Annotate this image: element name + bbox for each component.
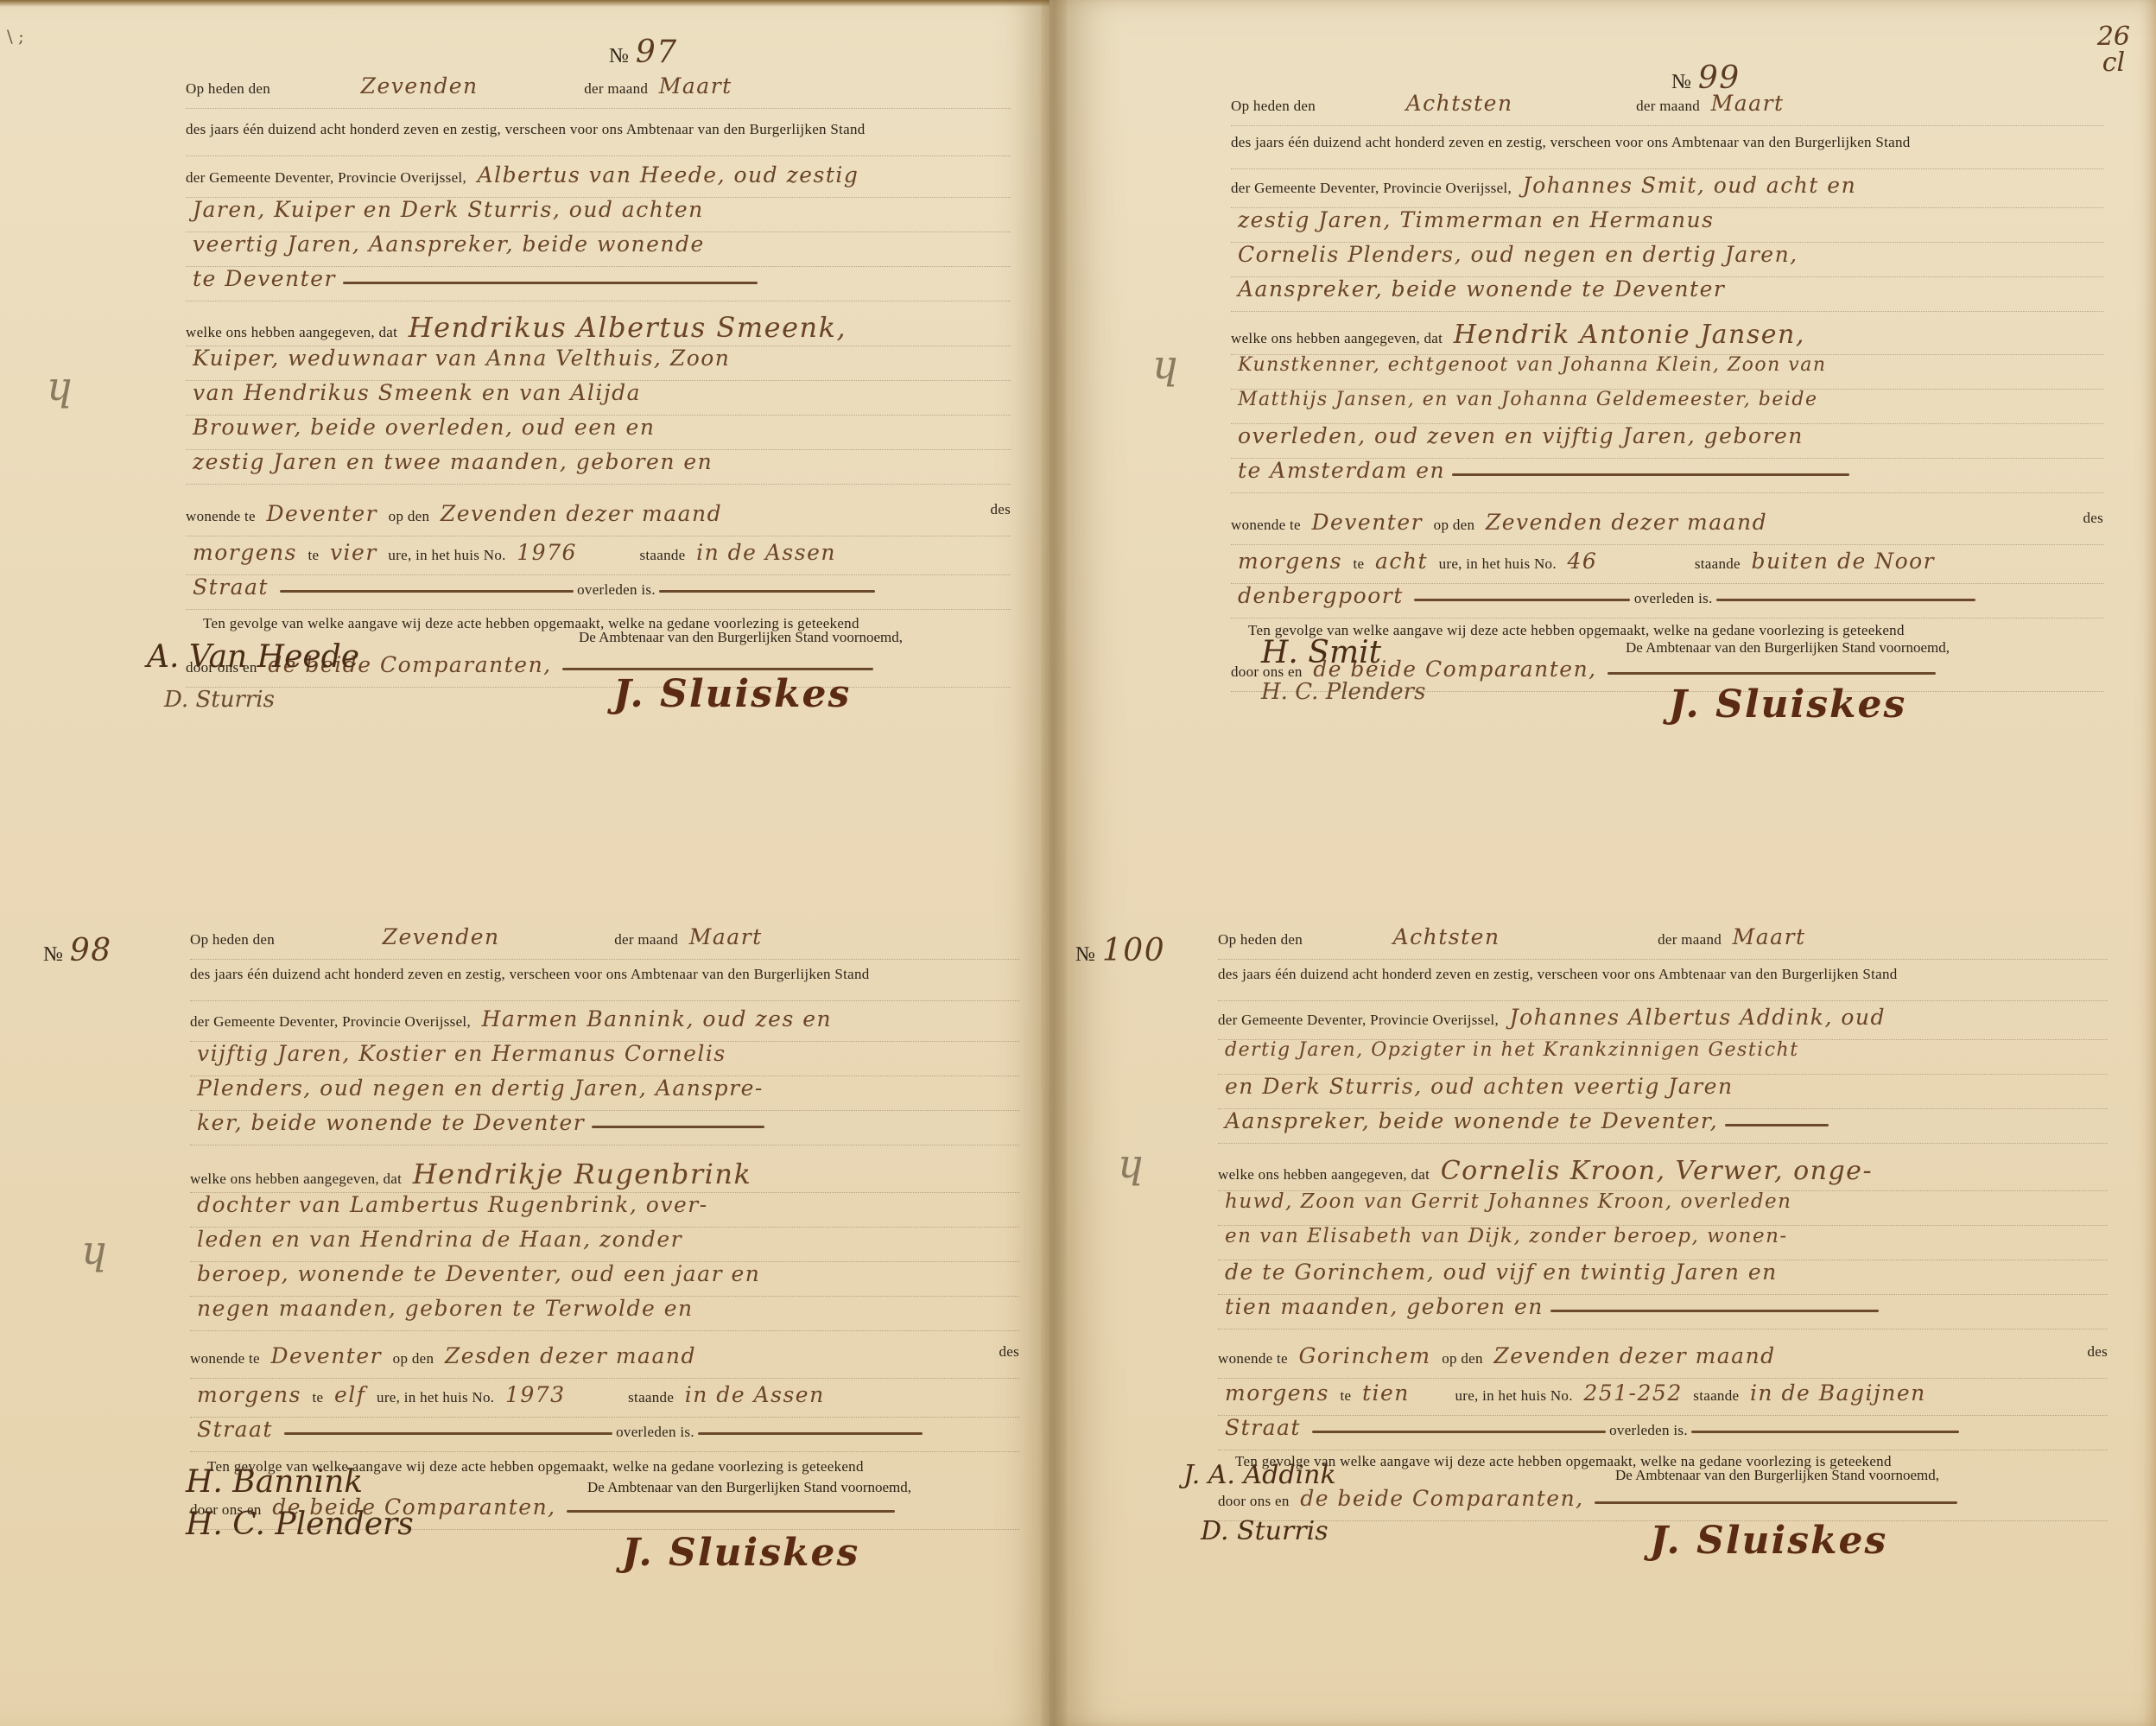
deceased-line: beroep, wonende te Deventer, oud een jaa… (190, 1261, 1019, 1297)
comparant-text: Jaren, Kuiper en Derk Sturris, oud achte… (193, 197, 704, 222)
fill-rule (280, 590, 574, 593)
official-block-98: De Ambtenaar van den Burgerlijken Stand … (587, 1479, 911, 1575)
residence-value: Gorinchem (1298, 1343, 1430, 1368)
house-number: 46 (1567, 549, 1597, 574)
time-of-day: morgens (197, 1382, 301, 1407)
deceased-line: Matthijs Jansen, en van Johanna Geldemee… (1231, 389, 2103, 424)
label-des-jaars: des jaars één duizend acht honderd zeven… (186, 121, 866, 137)
street-value: in de Assen (696, 540, 836, 565)
comparant-line: Aanspreker, beide wonende te Deventer (1231, 276, 2103, 312)
fill-rule (284, 1432, 612, 1435)
comparant-text: dertig Jaren, Opzigter in het Krankzinni… (1225, 1039, 1799, 1061)
comparant-text: Cornelis Plenders, oud negen en dertig J… (1238, 242, 1798, 267)
fill-rule (1725, 1124, 1829, 1126)
month-value: Maart (1733, 924, 1806, 949)
label-des-jaars: des jaars één duizend acht honderd zeven… (1231, 134, 1911, 150)
hour-value: acht (1375, 549, 1428, 574)
death-day-value: Zevenden dezer maand (1493, 1343, 1775, 1368)
label-des: des (2087, 1343, 2108, 1361)
line-wonende: wonende te Deventer op den Zevenden deze… (1231, 510, 2103, 545)
comparant-text: Aanspreker, beide wonende te Deventer, (1225, 1108, 1718, 1133)
deceased-line: zestig Jaren en twee maanden, geboren en (186, 449, 1011, 485)
witness-signatures-98: H. Bannink H. C. Plenders (186, 1464, 414, 1542)
left-page: \ ; №97 Op heden den Zevenden der maand … (0, 0, 1049, 1726)
deceased-text: zestig Jaren en twee maanden, geboren en (193, 449, 713, 474)
deceased-line: tien maanden, geboren en (1218, 1294, 2108, 1329)
act-number: №100 (1075, 933, 1172, 968)
street-value: in de Assen (685, 1382, 825, 1407)
line-overleden: Straat overleden is. (190, 1417, 1019, 1452)
comparant-text: zestig Jaren, Timmerman en Hermanus (1238, 207, 1714, 232)
margin-mark: ɥ (1119, 1140, 1145, 1187)
line-wonende: wonende te Deventer op den Zevenden deze… (186, 501, 1011, 536)
label-op-heden: Op heden den (1231, 98, 1316, 114)
street-continued: Straat (197, 1417, 273, 1442)
number-prefix: № (609, 45, 629, 67)
label-wonende: wonende te (186, 508, 256, 524)
label-gemeente: der Gemeente Deventer, Provincie Overijs… (190, 1013, 471, 1030)
death-day-value: Zevenden dezer maand (441, 501, 722, 526)
witness-signatures-97: A. Van Heede D. Sturris (147, 639, 359, 713)
witness-signature: D. Sturris (1201, 1516, 1336, 1546)
label-staande: staande (1693, 1387, 1739, 1404)
label-te: te (313, 1389, 324, 1406)
deceased-text: Kunstkenner, echtgenoot van Johanna Klei… (1238, 354, 1827, 376)
label-te: te (1354, 555, 1365, 572)
label-op-den: op den (389, 508, 430, 524)
number-prefix: № (43, 943, 63, 966)
day-value: Zevenden (361, 73, 479, 98)
line-gemeente: der Gemeente Deventer, Provincie Overijs… (190, 1006, 1019, 1042)
comparant-line: Plenders, oud negen en dertig Jaren, Aan… (190, 1076, 1019, 1111)
label-ure-huis: ure, in het huis No. (388, 547, 505, 563)
label-des-jaars: des jaars één duizend acht honderd zeven… (1218, 966, 1898, 982)
comparant-line: Cornelis Plenders, oud negen en dertig J… (1231, 242, 2103, 277)
act-number: №98 (43, 933, 119, 968)
label-overleden: overleden is. (1609, 1422, 1688, 1438)
official-block-100: De Ambtenaar van den Burgerlijken Stand … (1615, 1467, 1939, 1563)
comparant-text: vijftig Jaren, Kostier en Hermanus Corne… (197, 1041, 726, 1066)
label-overleden: overleden is. (577, 581, 656, 598)
comparant-line: Harmen Bannink, oud zes en (482, 1006, 833, 1031)
page-top-edge (0, 0, 1049, 7)
label-der-maand: der maand (1636, 98, 1700, 114)
label-der-maand: der maand (614, 931, 678, 948)
label-welke: welke ons hebben aangegeven, dat (1218, 1166, 1430, 1183)
residence-value: Deventer (266, 501, 377, 526)
folio-value: 26 (2097, 24, 2130, 50)
line-welke: welke ons hebben aangegeven, dat Hendrik… (186, 311, 1011, 346)
line-year: des jaars één duizend acht honderd zeven… (190, 966, 1019, 1001)
comparant-text: Aanspreker, beide wonende te Deventer (1238, 276, 1725, 301)
time-of-day: morgens (1225, 1380, 1329, 1406)
label-wonende: wonende te (1218, 1350, 1288, 1367)
deceased-line: negen maanden, geboren te Terwolde en (190, 1296, 1019, 1331)
deceased-text: en van Elisabeth van Dijk, zonder beroep… (1225, 1225, 1788, 1247)
hour-value: tien (1362, 1380, 1410, 1406)
act-number-value: 98 (70, 933, 112, 968)
deceased-text: tien maanden, geboren en (1225, 1294, 1544, 1319)
deceased-text: te Amsterdam en (1238, 458, 1445, 483)
comparant-line: veertig Jaren, Aanspreker, beide wonende (186, 232, 1011, 267)
house-number: 1976 (517, 540, 577, 565)
line-time: morgens te elf ure, in het huis No. 1973… (190, 1382, 1019, 1418)
line-date: Op heden den Zevenden der maand Maart (186, 73, 1011, 109)
deceased-line: Brouwer, beide overleden, oud een en (186, 415, 1011, 450)
label-gemeente: der Gemeente Deventer, Provincie Overijs… (1218, 1012, 1499, 1028)
fill-rule (1414, 599, 1630, 601)
label-op-den: op den (1434, 517, 1475, 533)
street-value: buiten de Noor (1751, 549, 1935, 574)
deceased-line: en van Elisabeth van Dijk, zonder beroep… (1218, 1225, 2108, 1260)
right-page: 26 cl №99 Op heden den Achtsten der maan… (1049, 0, 2156, 1726)
street-continued: Straat (1225, 1415, 1301, 1440)
month-value: Maart (659, 73, 732, 98)
line-time: morgens te acht ure, in het huis No. 46 … (1231, 549, 2103, 584)
day-value: Zevenden (383, 924, 500, 949)
comparant-line: en Derk Sturris, oud achten veertig Jare… (1218, 1074, 2108, 1109)
month-value: Maart (689, 924, 763, 949)
deceased-text: Brouwer, beide overleden, oud een en (193, 415, 655, 440)
label-wonende: wonende te (1231, 517, 1301, 533)
label-gemeente: der Gemeente Deventer, Provincie Overijs… (186, 169, 466, 186)
comparant-line: ker, beide wonende te Deventer (190, 1110, 1019, 1145)
comparant-text: ker, beide wonende te Deventer (197, 1110, 585, 1135)
fill-rule (698, 1432, 923, 1435)
deceased-line: de te Gorinchem, oud vijf en twintig Jar… (1218, 1260, 2108, 1295)
label-op-heden: Op heden den (1218, 931, 1303, 948)
official-block-99: De Ambtenaar van den Burgerlijken Stand … (1626, 639, 1950, 727)
label-te: te (1341, 1387, 1352, 1404)
line-overleden: Straat overleden is. (186, 574, 1011, 610)
open-register-book: \ ; №97 Op heden den Zevenden der maand … (0, 0, 2156, 1726)
deceased-name: Hendrikus Albertus Smeenk, (409, 311, 847, 344)
label-ure-huis: ure, in het huis No. (377, 1389, 494, 1406)
witness-signature: H. Bannink (186, 1464, 414, 1500)
official-block-97: De Ambtenaar van den Burgerlijken Stand … (579, 629, 903, 716)
line-gemeente: der Gemeente Deventer, Provincie Overijs… (1218, 1005, 2108, 1040)
deceased-text: dochter van Lambertus Rugenbrink, over- (197, 1192, 708, 1217)
line-date: Op heden den Achtsten der maand Maart (1231, 91, 2103, 126)
margin-mark: ɥ (82, 1227, 108, 1273)
street-continued: Straat (193, 574, 269, 600)
folio-number: 26 cl (2097, 24, 2130, 76)
fill-rule (1550, 1310, 1879, 1312)
label-des: des (999, 1343, 1019, 1361)
deceased-name: Hendrik Antonie Jansen, (1454, 320, 1805, 350)
comparant-line: zestig Jaren, Timmerman en Hermanus (1231, 207, 2103, 243)
number-prefix: № (1075, 943, 1095, 966)
line-date: Op heden den Zevenden der maand Maart (190, 924, 1019, 960)
fill-rule (592, 1126, 764, 1128)
fill-rule (659, 590, 875, 593)
label-op-heden: Op heden den (190, 931, 275, 948)
label-welke: welke ons hebben aangegeven, dat (1231, 330, 1443, 346)
margin-mark: ɥ (48, 363, 73, 409)
day-value: Achtsten (1406, 91, 1513, 116)
label-op-den: op den (1442, 1350, 1483, 1367)
deceased-text: van Hendrikus Smeenk en van Alijda (193, 380, 641, 405)
house-number: 1973 (505, 1382, 566, 1407)
hour-value: elf (334, 1382, 366, 1407)
witness-signature: A. Van Heede (147, 639, 359, 675)
official-signature: J. Sluiskes (1669, 682, 1950, 727)
deceased-line: te Amsterdam en (1231, 458, 2103, 493)
line-date: Op heden den Achtsten der maand Maart (1218, 924, 2108, 960)
line-year: des jaars één duizend acht honderd zeven… (186, 121, 1011, 156)
label-wonende: wonende te (190, 1350, 260, 1367)
deceased-text: Kuiper, weduwnaar van Anna Velthuis, Zoo… (193, 346, 730, 371)
witness-signature: H. C. Plenders (1261, 679, 1425, 705)
time-of-day: morgens (193, 540, 297, 565)
comparant-line: Aanspreker, beide wonende te Deventer, (1218, 1108, 2108, 1144)
witness-signatures-100: J. A. Addink D. Sturris (1183, 1460, 1336, 1546)
margin-mark: ɥ (1153, 341, 1179, 388)
comparant-text: veertig Jaren, Aanspreker, beide wonende (193, 232, 705, 257)
official-signature: J. Sluiskes (622, 1531, 911, 1575)
deceased-text: huwd, Zoon van Gerrit Johannes Kroon, ov… (1225, 1190, 1791, 1213)
comparant-text: te Deventer (193, 266, 336, 291)
fill-rule (1716, 599, 1975, 601)
month-value: Maart (1711, 91, 1785, 116)
deceased-line: leden en van Hendrina de Haan, zonder (190, 1227, 1019, 1262)
label-des: des (2083, 510, 2103, 527)
line-overleden: denbergpoort overleden is. (1231, 583, 2103, 619)
witness-signature: D. Sturris (164, 687, 359, 713)
deceased-text: leden en van Hendrina de Haan, zonder (197, 1227, 682, 1252)
hour-value: vier (330, 540, 377, 565)
house-number: 251-252 (1583, 1380, 1682, 1406)
residence-value: Deventer (270, 1343, 382, 1368)
line-welke: welke ons hebben aangegeven, dat Corneli… (1218, 1156, 2108, 1191)
official-label: De Ambtenaar van den Burgerlijken Stand … (579, 629, 903, 646)
fill-rule (343, 282, 758, 284)
line-time: morgens te vier ure, in het huis No. 197… (186, 540, 1011, 575)
deceased-text: negen maanden, geboren te Terwolde en (197, 1296, 694, 1321)
official-label: De Ambtenaar van den Burgerlijken Stand … (1615, 1467, 1939, 1484)
label-des: des (990, 501, 1011, 518)
witness-signature: J. A. Addink (1183, 1460, 1336, 1490)
act-number-value: 100 (1102, 933, 1165, 968)
label-overleden: overleden is. (1634, 590, 1713, 606)
label-welke: welke ons hebben aangegeven, dat (186, 324, 397, 340)
label-der-maand: der maand (584, 80, 648, 97)
label-ure-huis: ure, in het huis No. (1439, 555, 1557, 572)
label-gemeente: der Gemeente Deventer, Provincie Overijs… (1231, 180, 1512, 196)
line-gemeente: der Gemeente Deventer, Provincie Overijs… (186, 162, 1011, 198)
comparant-text: en Derk Sturris, oud achten veertig Jare… (1225, 1074, 1734, 1099)
death-day-value: Zesden dezer maand (445, 1343, 696, 1368)
line-welke: welke ons hebben aangegeven, dat Hendrik… (1231, 320, 2103, 355)
signed-by: de beide Comparanten, (1300, 1486, 1583, 1511)
official-label: De Ambtenaar van den Burgerlijken Stand … (587, 1479, 911, 1496)
label-staande: staande (628, 1389, 674, 1406)
deceased-line: overleden, oud zeven en vijftig Jaren, g… (1231, 423, 2103, 459)
deceased-line: huwd, Zoon van Gerrit Johannes Kroon, ov… (1218, 1190, 2108, 1226)
deceased-name: Hendrikje Rugenbrink (413, 1158, 752, 1190)
line-gemeente: der Gemeente Deventer, Provincie Overijs… (1231, 173, 2103, 208)
deceased-text: Matthijs Jansen, en van Johanna Geldemee… (1238, 389, 1818, 410)
official-signature: J. Sluiskes (1650, 1519, 1939, 1563)
time-of-day: morgens (1238, 549, 1342, 574)
street-continued: denbergpoort (1238, 583, 1404, 608)
label-staande: staande (639, 547, 685, 563)
label-overleden: overleden is. (616, 1424, 694, 1440)
line-year: des jaars één duizend acht honderd zeven… (1231, 134, 2103, 169)
corner-mark: \ ; (7, 26, 24, 47)
deceased-text: de te Gorinchem, oud vijf en twintig Jar… (1225, 1260, 1778, 1285)
comparant-text: Plenders, oud negen en dertig Jaren, Aan… (197, 1076, 764, 1101)
fill-rule (1691, 1431, 1959, 1433)
comparant-line: Johannes Smit, oud acht en (1523, 173, 1857, 198)
act-number: №97 (609, 35, 685, 70)
line-wonende: wonende te Gorinchem op den Zevenden dez… (1218, 1343, 2108, 1379)
comparant-line: Albertus van Heede, oud zestig (478, 162, 859, 187)
comparant-line: te Deventer (186, 266, 1011, 301)
official-signature: J. Sluiskes (613, 672, 903, 716)
line-wonende: wonende te Deventer op den Zesden dezer … (190, 1343, 1019, 1379)
act-number-value: 97 (636, 35, 678, 70)
label-der-maand: der maand (1658, 931, 1722, 948)
deceased-line: van Hendrikus Smeenk en van Alijda (186, 380, 1011, 416)
label-welke: welke ons hebben aangegeven, dat (190, 1171, 402, 1187)
label-te: te (308, 547, 320, 563)
witness-signatures-99: H. Smit H. C. Plenders (1261, 635, 1425, 705)
witness-signature: H. C. Plenders (186, 1507, 414, 1542)
book-gutter (1041, 0, 1067, 1726)
label-ure-huis: ure, in het huis No. (1455, 1387, 1572, 1404)
line-year: des jaars één duizend acht honderd zeven… (1218, 966, 2108, 1001)
deceased-text: overleden, oud zeven en vijftig Jaren, g… (1238, 423, 1804, 448)
official-label: De Ambtenaar van den Burgerlijken Stand … (1626, 639, 1950, 657)
comparant-line: Johannes Albertus Addink, oud (1510, 1005, 1886, 1030)
folio-sub: cl (2097, 50, 2130, 76)
label-des-jaars: des jaars één duizend acht honderd zeven… (190, 966, 870, 982)
comparant-line: Jaren, Kuiper en Derk Sturris, oud achte… (186, 197, 1011, 232)
deceased-name: Cornelis Kroon, Verwer, onge- (1441, 1156, 1873, 1186)
residence-value: Deventer (1311, 510, 1423, 535)
deceased-line: Kunstkenner, echtgenoot van Johanna Klei… (1231, 354, 2103, 390)
comparant-line: vijftig Jaren, Kostier en Hermanus Corne… (190, 1041, 1019, 1076)
deceased-line: dochter van Lambertus Rugenbrink, over- (190, 1192, 1019, 1228)
day-value: Achtsten (1393, 924, 1500, 949)
line-time: morgens te tien ure, in het huis No. 251… (1218, 1380, 2108, 1416)
label-op-heden: Op heden den (186, 80, 270, 97)
line-overleden: Straat overleden is. (1218, 1415, 2108, 1450)
deceased-text: beroep, wonende te Deventer, oud een jaa… (197, 1261, 760, 1286)
comparant-line: dertig Jaren, Opzigter in het Krankzinni… (1218, 1039, 2108, 1075)
witness-signature: H. Smit (1261, 635, 1425, 670)
deceased-line: Kuiper, weduwnaar van Anna Velthuis, Zoo… (186, 346, 1011, 381)
line-welke: welke ons hebben aangegeven, dat Hendrik… (190, 1158, 1019, 1193)
label-op-den: op den (393, 1350, 434, 1367)
death-day-value: Zevenden dezer maand (1486, 510, 1767, 535)
fill-rule (1452, 473, 1849, 476)
label-staande: staande (1695, 555, 1741, 572)
street-value: in de Bagijnen (1750, 1380, 1926, 1406)
fill-rule (1312, 1431, 1606, 1433)
